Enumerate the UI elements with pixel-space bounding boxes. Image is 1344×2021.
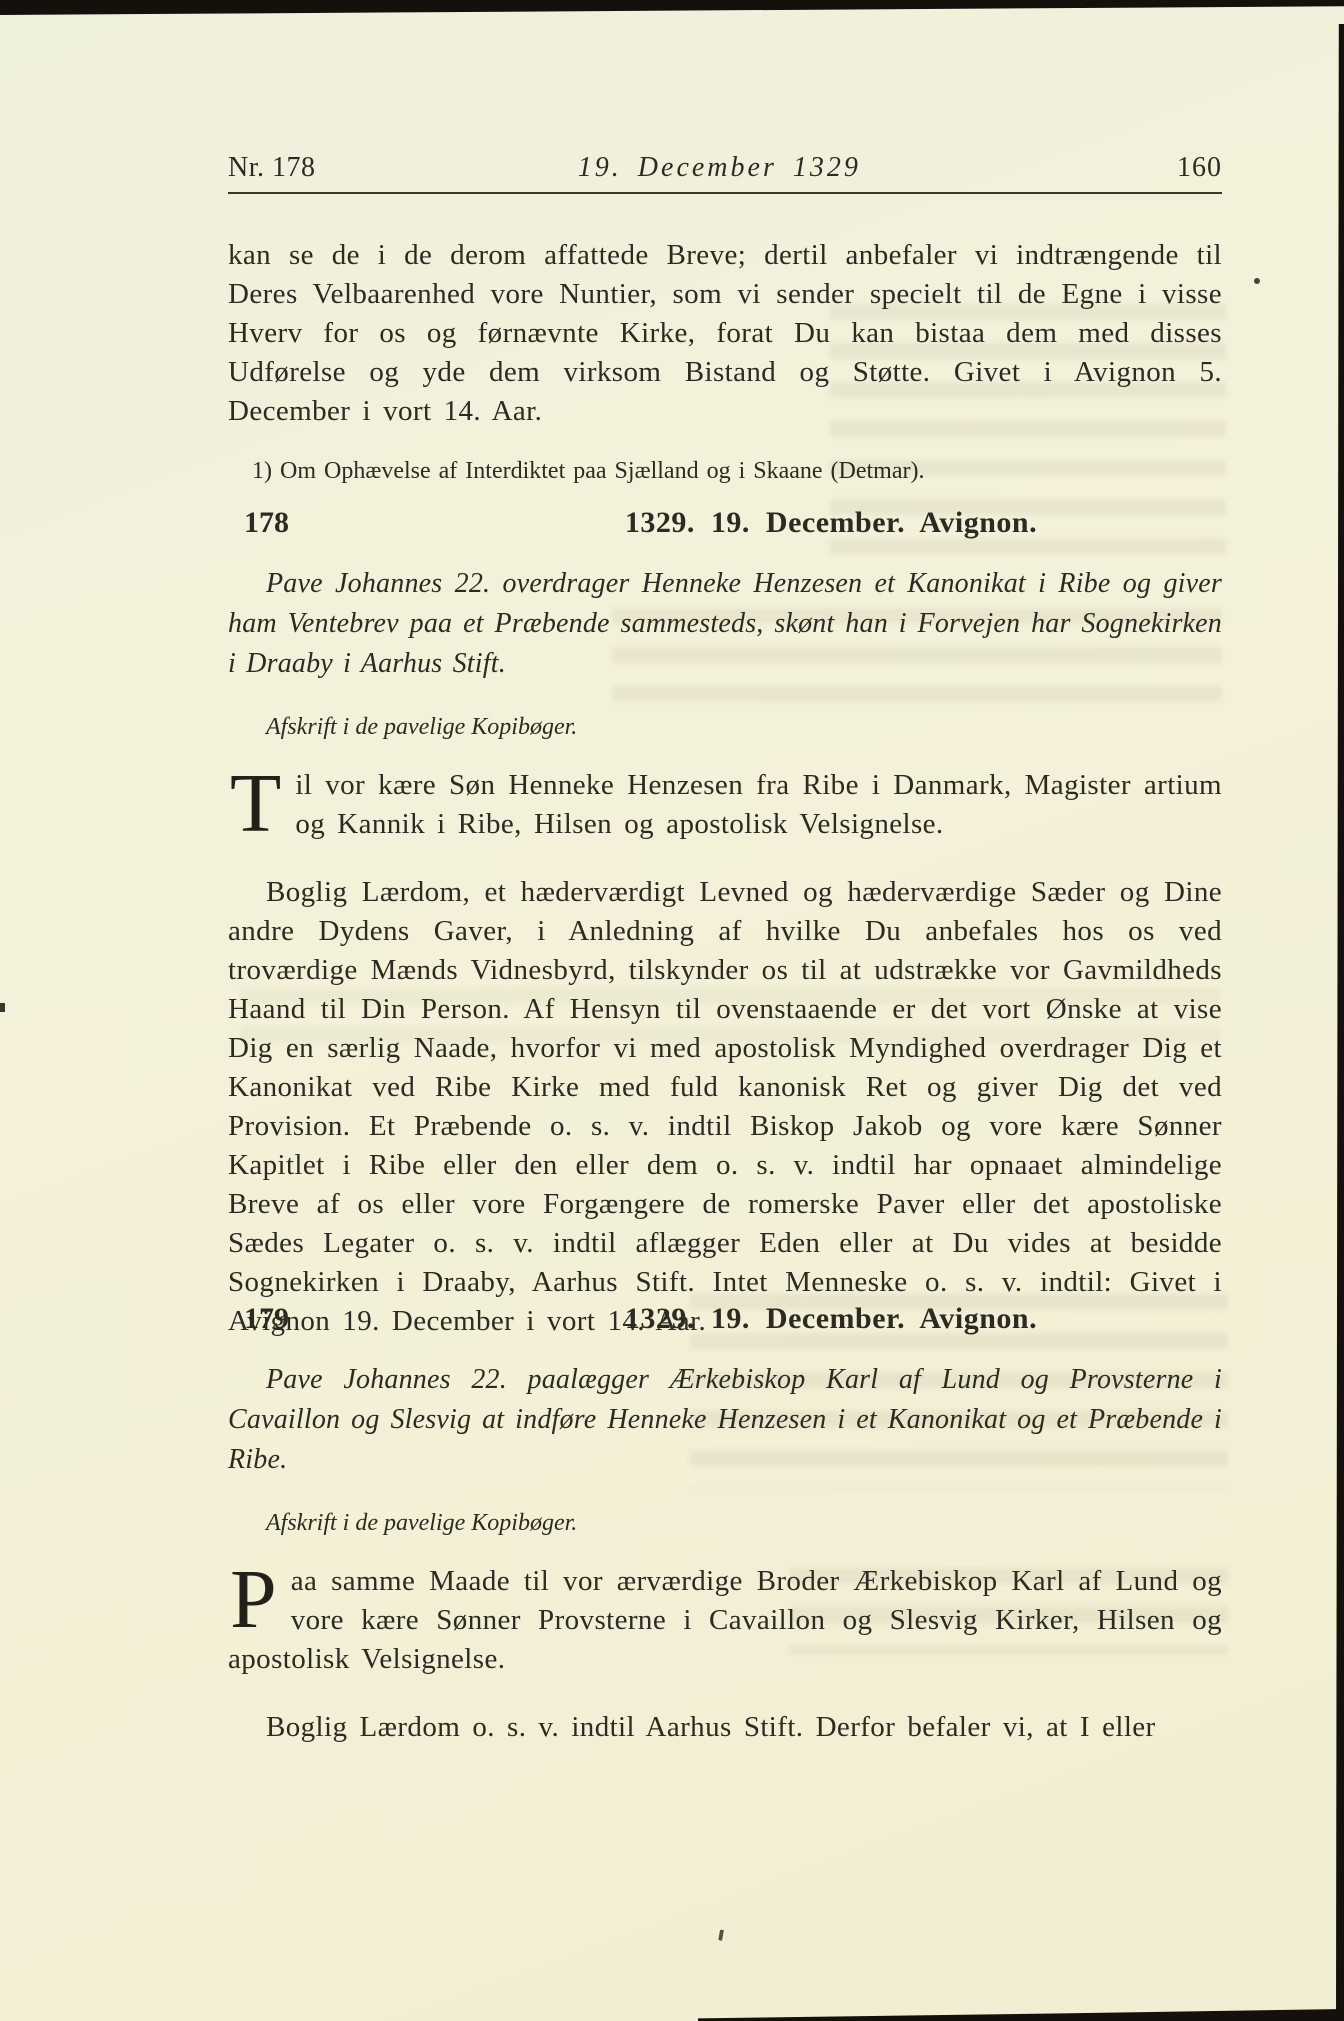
- ink-speck: [718, 1929, 728, 1941]
- scan-edge-right: [1336, 24, 1344, 2021]
- entry-heading-row: 179 1329. 19. December. Avignon.: [228, 1302, 1222, 1344]
- entry-summary: Pave Johannes 22. paalægger Ærkebiskop K…: [228, 1360, 1222, 1480]
- entry-178: 178 1329. 19. December. Avignon. Pave Jo…: [228, 506, 1222, 1370]
- drop-cap-letter: T: [228, 766, 295, 837]
- entry-opening-text: aa samme Maade til vor ærværdige Broder …: [228, 1565, 1222, 1675]
- entry-date-place: 1329. 19. December. Avignon.: [228, 1302, 1222, 1336]
- entry-179: 179 1329. 19. December. Avignon. Pave Jo…: [228, 1302, 1222, 1776]
- ink-speck: [1254, 278, 1260, 284]
- entry-number: 179: [244, 1302, 289, 1336]
- intro-paragraph: kan se de i de derom affattede Breve; de…: [228, 236, 1222, 431]
- entry-source: Afskrift i de pavelige Kopibøger.: [228, 712, 1222, 742]
- running-head-entry-number: Nr. 178: [228, 152, 316, 184]
- page-number: 160: [1177, 152, 1222, 184]
- entry-opening-paragraph: Paa samme Maade til vor ærværdige Broder…: [228, 1562, 1222, 1679]
- scan-edge-top: [0, 0, 1344, 15]
- entry-body-paragraph: Boglig Lærdom, et hæderværdigt Levned og…: [228, 873, 1222, 1341]
- scan-edge-bottom: [698, 2008, 1344, 2021]
- entry-body-paragraph: Boglig Lærdom o. s. v. indtil Aarhus Sti…: [228, 1708, 1222, 1747]
- footnote: 1) Om Ophævelse af Interdiktet paa Sjæll…: [228, 456, 1222, 486]
- running-head-date: 19. December 1329: [578, 152, 861, 184]
- ink-speck: [0, 1003, 5, 1012]
- entry-source: Afskrift i de pavelige Kopibøger.: [228, 1508, 1222, 1538]
- entry-heading-row: 178 1329. 19. December. Avignon.: [228, 506, 1222, 548]
- entry-number: 178: [244, 506, 289, 540]
- drop-cap-letter: P: [228, 1562, 291, 1633]
- entry-opening-text: il vor kære Søn Henneke Henzesen fra Rib…: [295, 769, 1222, 840]
- running-head: Nr. 178 19. December 1329 160: [228, 150, 1222, 194]
- scanned-book-page: Nr. 178 19. December 1329 160 kan se de …: [0, 0, 1344, 2021]
- entry-opening-paragraph: Til vor kære Søn Henneke Henzesen fra Ri…: [228, 766, 1222, 844]
- entry-date-place: 1329. 19. December. Avignon.: [228, 506, 1222, 540]
- entry-summary: Pave Johannes 22. overdrager Henneke Hen…: [228, 564, 1222, 684]
